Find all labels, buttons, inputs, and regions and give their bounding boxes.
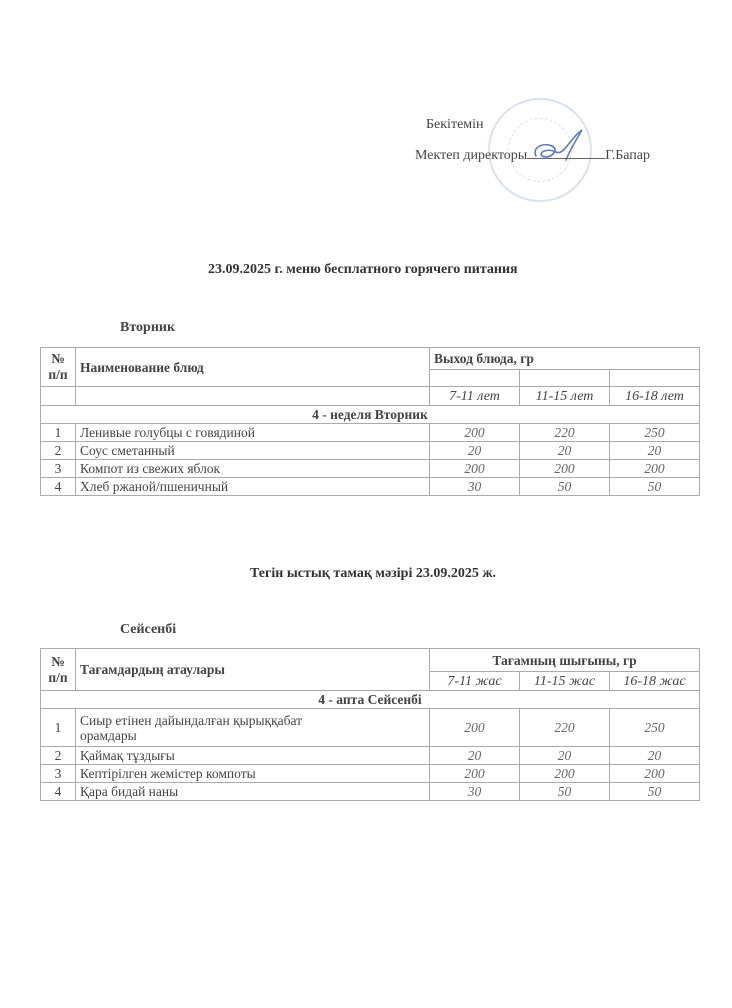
- ru-age-11-15: 11-15 лет: [520, 387, 610, 406]
- table-row: 4 Хлеб ржаной/пшеничный 30 50 50: [41, 478, 700, 496]
- dish-name: Хлеб ржаной/пшеничный: [76, 478, 430, 496]
- kz-age-11-15: 11-15 жас: [520, 672, 610, 691]
- kz-day-label: Сейсенбі: [120, 622, 176, 638]
- dish-name: Қара бидай наны: [76, 783, 430, 801]
- ru-menu-table: № п/п Наименование блюд Выход блюда, гр …: [40, 347, 700, 496]
- director-label: Мектеп директоры: [415, 148, 527, 163]
- ru-menu-title: 23.09.2025 г. меню бесплатного горячего …: [208, 262, 518, 278]
- dish-name: Сиыр етінен дайындалған қырыққабат орамд…: [76, 709, 430, 747]
- director-name: Г.Бапар: [605, 148, 650, 163]
- ru-header-name: Наименование блюд: [76, 348, 430, 387]
- table-row: 3 Компот из свежих яблок 200 200 200: [41, 460, 700, 478]
- kz-age-16-18: 16-18 жас: [610, 672, 700, 691]
- ru-week-label: 4 - неделя Вторник: [41, 406, 700, 424]
- kz-menu-title: Тегін ыстық тамақ мәзірі 23.09.2025 ж.: [250, 566, 496, 582]
- ru-header-no: № п/п: [41, 348, 76, 387]
- dish-name: Ленивые голубцы с говядиной: [76, 424, 430, 442]
- director-line: Мектеп директорыГ.Бапар: [415, 144, 650, 164]
- dish-name: Соус сметанный: [76, 442, 430, 460]
- table-row: 3 Кептірілген жемістер компоты 200 200 2…: [41, 765, 700, 783]
- table-row: 1 Сиыр етінен дайындалған қырыққабат ора…: [41, 709, 700, 747]
- kz-age-7-11: 7-11 жас: [430, 672, 520, 691]
- kz-header-name: Тағамдардың атаулары: [76, 649, 430, 691]
- kz-menu-table: № п/п Тағамдардың атаулары Тағамның шығы…: [40, 648, 700, 801]
- dish-name: Компот из свежих яблок: [76, 460, 430, 478]
- dish-name: Қаймақ тұздығы: [76, 747, 430, 765]
- kz-header-no: № п/п: [41, 649, 76, 691]
- ru-day-label: Вторник: [120, 320, 175, 336]
- ru-age-7-11: 7-11 лет: [430, 387, 520, 406]
- dish-name: Кептірілген жемістер компоты: [76, 765, 430, 783]
- table-row: 1 Ленивые голубцы с говядиной 200 220 25…: [41, 424, 700, 442]
- kz-week-label: 4 - апта Сейсенбі: [41, 691, 700, 709]
- kz-header-yield: Тағамның шығыны, гр: [430, 649, 700, 672]
- approve-label: Бекітемін: [426, 117, 484, 133]
- table-row: 2 Қаймақ тұздығы 20 20 20: [41, 747, 700, 765]
- table-row: 2 Соус сметанный 20 20 20: [41, 442, 700, 460]
- ru-header-yield: Выход блюда, гр: [430, 348, 700, 370]
- signature-line: [527, 144, 605, 159]
- ru-age-16-18: 16-18 лет: [610, 387, 700, 406]
- table-row: 4 Қара бидай наны 30 50 50: [41, 783, 700, 801]
